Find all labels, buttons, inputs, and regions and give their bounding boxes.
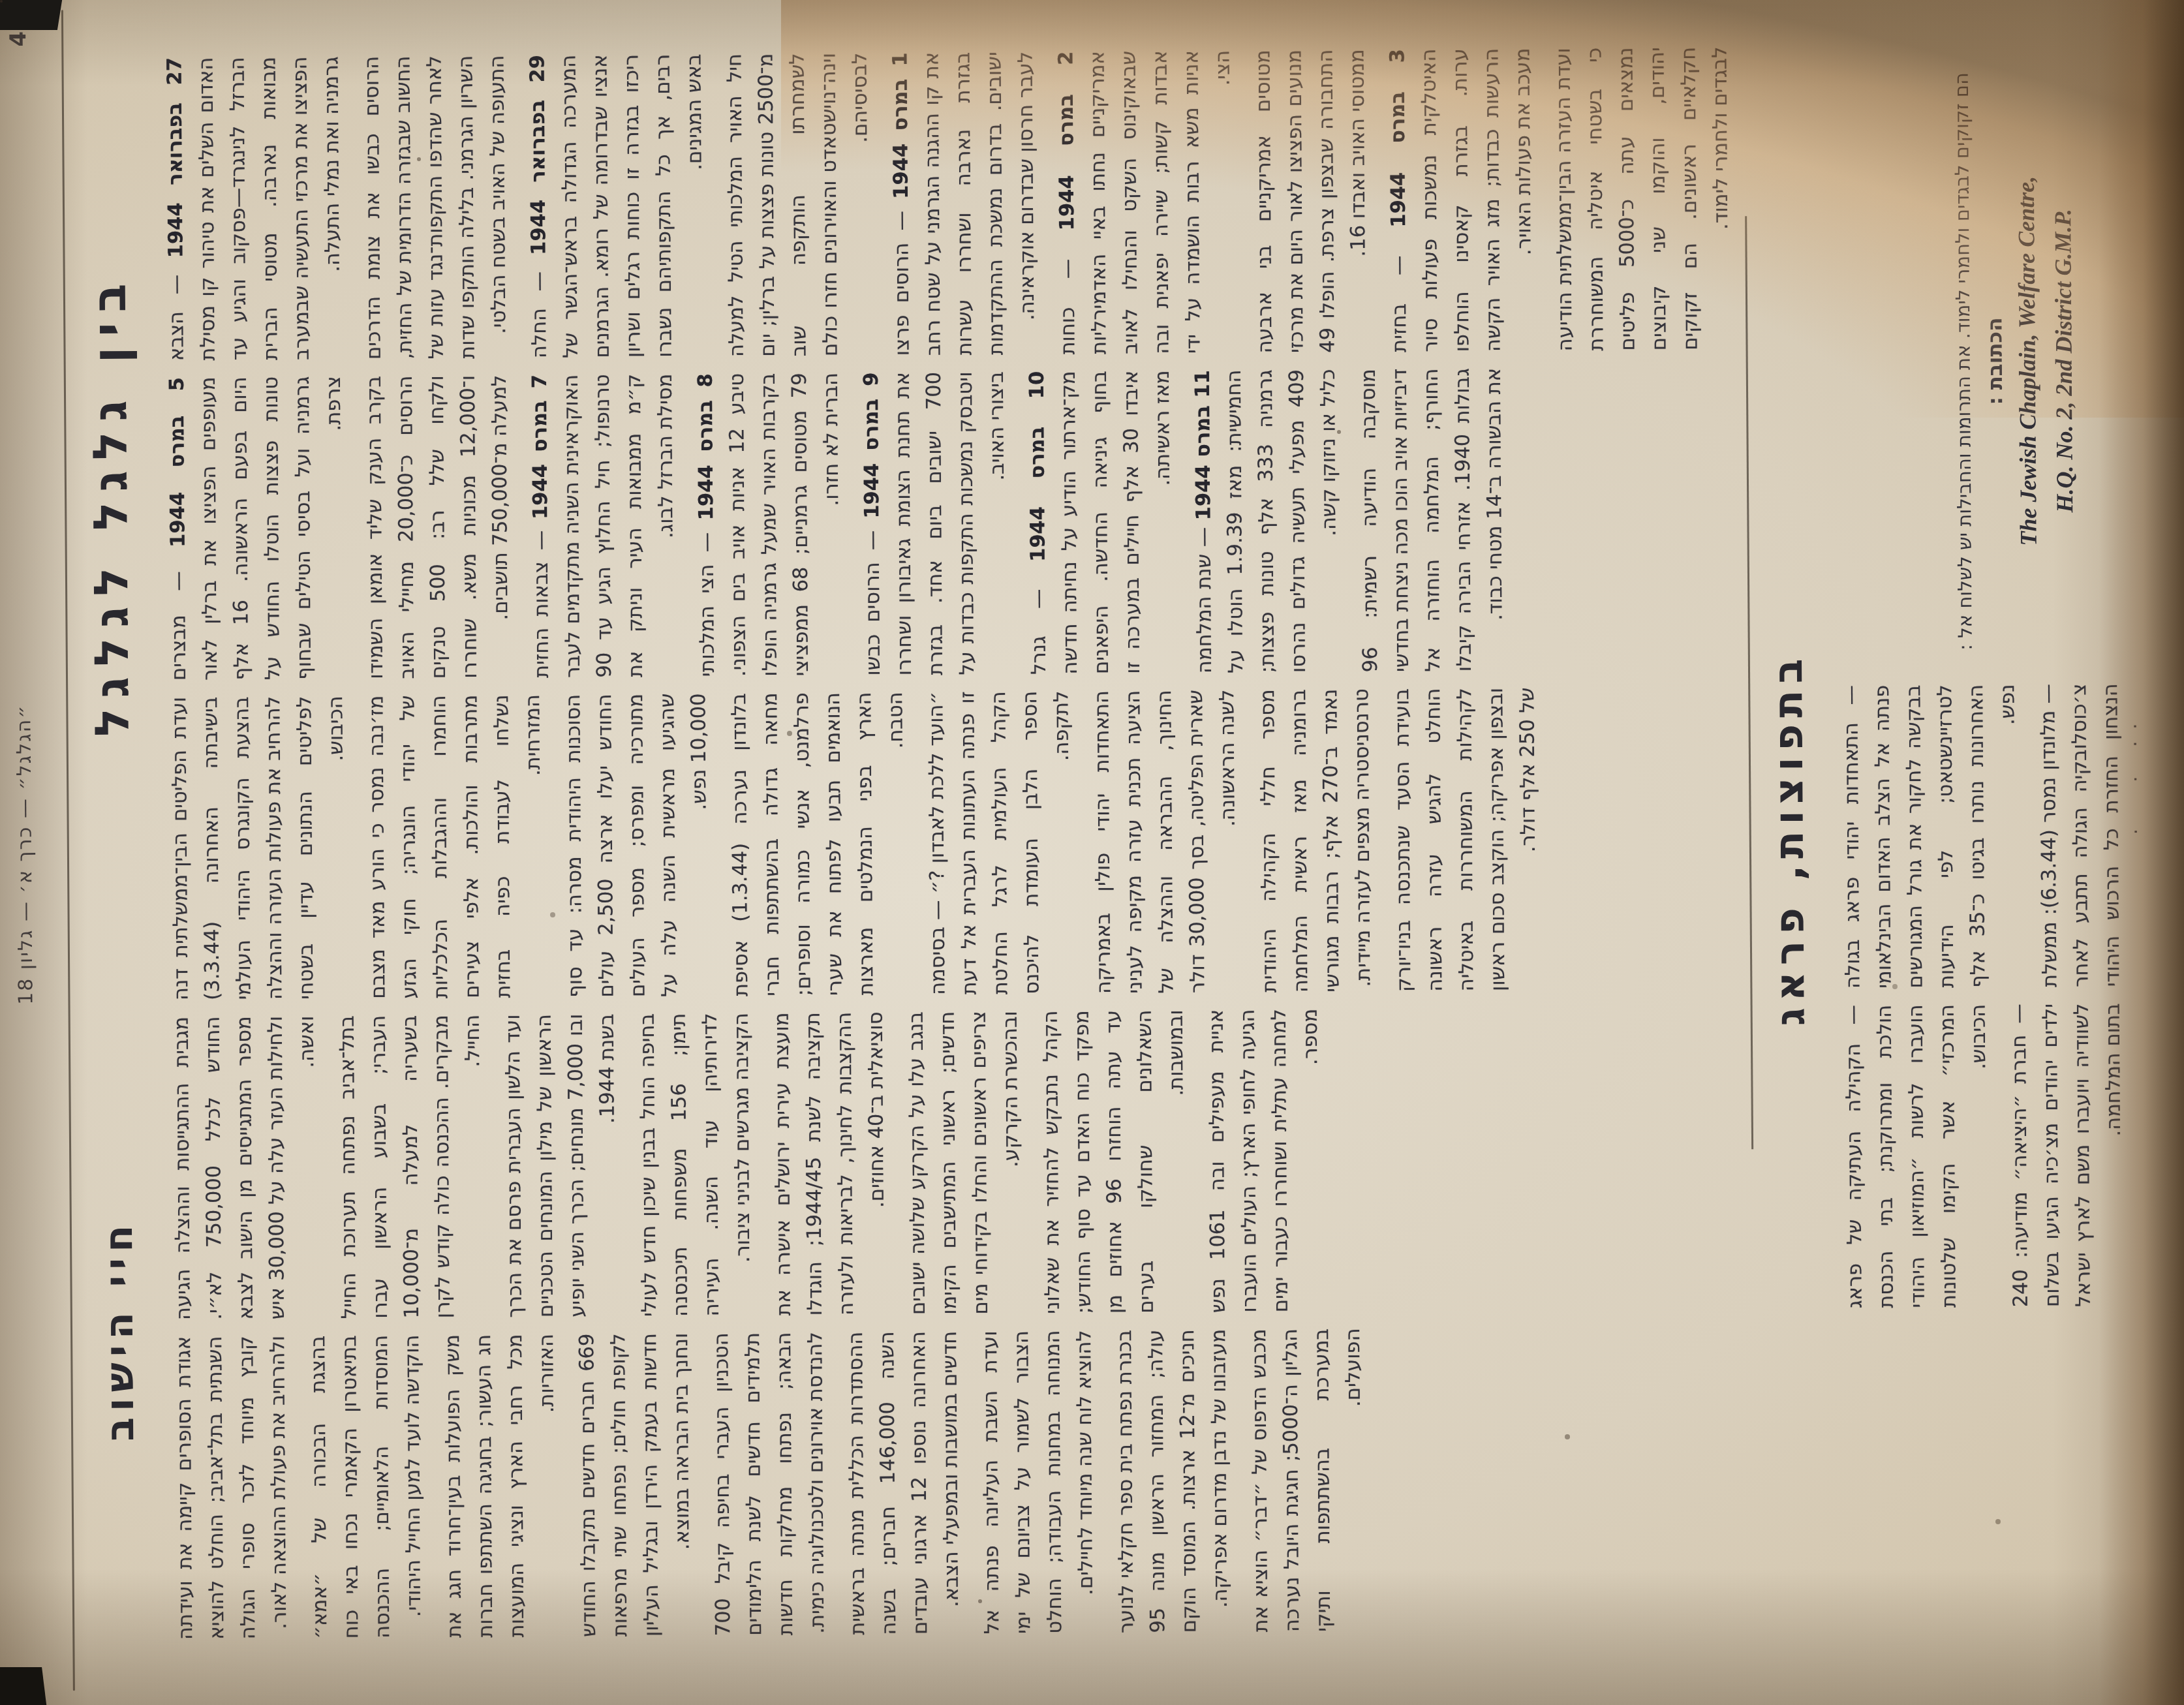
paragraph: מועצת עירית ירושלים אישרה את תקציבה לשנת… xyxy=(767,1011,894,1315)
paragraph: מוסקבה הודיעה רשמית: 96 דיביזיות אויב הו… xyxy=(1353,368,1512,673)
text-column-2: 5 במרס 1944 — מבצרים מעופפים הפציצו את ב… xyxy=(162,365,1936,681)
date-entry: 1 במרס 1944 xyxy=(889,52,913,199)
paragraph: — הקהילה העתיקה של פראג הולכת ומתרוקנת; … xyxy=(1838,1004,1997,1309)
date-entry: 7 במרס 1944 xyxy=(529,375,553,519)
paragraph: בכנרת נפתח בית ספר חקלאי לנוער עולה; המח… xyxy=(1109,1329,1237,1633)
date-entry: 9 במרס 1944 xyxy=(860,373,884,519)
paragraph: בהצגת הבכורה של ״אמא״ בתיאטרון הקאמרי נכ… xyxy=(303,1334,430,1638)
headline-diaspora: בתפוצות, פראג xyxy=(1762,516,1815,1162)
paragraph: 5 במרס 1944 — מבצרים מעופפים הפציצו את ב… xyxy=(162,376,352,681)
paragraph: ועדת השבת העליונה פנתה אל הצבור לשמור על… xyxy=(975,1330,1102,1634)
paragraph: מגבית ההתגייסות וההצלה הגיעה החודש לכלל … xyxy=(166,1016,325,1321)
paragraph: בתל־אביב נפתחה תערוכת החייל העברי; בשבוע… xyxy=(332,1015,491,1319)
paragraph: משק הפועלות בעין־חרוד חגג את חג העשור; ב… xyxy=(437,1334,564,1638)
address-label: הכתובת : xyxy=(1981,54,2009,668)
page-content-rotated: ״הגלגל״ — כרך א׳ — גליון 18 4 בין גלגל ל… xyxy=(0,0,2184,1703)
text-column-5: אגודת הסופרים קיימה את ועידתה השנתית בתל… xyxy=(168,1323,2128,1640)
paragraph: בנגב עלו על הקרקע שלושה ישובים חדשים; רא… xyxy=(901,1011,1028,1315)
paragraph: — התאחדות יהודי פראג בגולה פנתה אל הצלב … xyxy=(1836,684,2025,989)
date-entry: 3 במרס 1944 xyxy=(1386,49,1410,228)
paragraph: 10 במרס 1944 — גנרל מק־ארתור הודיע על נח… xyxy=(1022,370,1180,675)
paragraph: 11 במרס 1944 — שנת המלחמה החמישית: מאז 1… xyxy=(1188,369,1346,674)
paragraph: הטכניון העברי בחיפה קיבל 700 תלמידים חדש… xyxy=(706,1332,833,1636)
headline-yishuv: חיי הישוב xyxy=(95,1167,143,1493)
paragraph: מטוסים אמריקניים בני ארבעה מנועים הפציצו… xyxy=(1248,49,1375,353)
paragraph: הקהל נתבקש להחזיר את שאלוני מפקד כוח האד… xyxy=(1036,1009,1194,1314)
address-english-line1: The Jewish Chaplain, Welfare Centre, xyxy=(2008,54,2046,668)
paragraph: 3 במרס 1944 — בחזית האיטלקית נמשכות פעול… xyxy=(1382,48,1541,352)
address-lead: הם זקוקים לבגדים ולחמרי לימוד. את התרומו… xyxy=(1946,55,1980,668)
address-english-line2: H.Q. No. 2, 2nd District G.M.P. xyxy=(2045,54,2082,668)
date-entry: 10 במרס 1944 xyxy=(1026,371,1050,562)
date-entry: 8 במרס 1944 xyxy=(694,373,718,520)
paragraph: 1 במרס 1944 — הרוסים פרצו את קו ההגנה הג… xyxy=(885,52,1043,356)
date-entry: 11 במרס 1944 xyxy=(1192,370,1216,520)
paragraph: ״הועד ללכת לאבדון ?״ — בסיסמה זו פנתה הע… xyxy=(921,690,1079,995)
date-entry: 27 בפברואר 1944 xyxy=(163,57,187,258)
paragraph: מז׳נבה נמסר כי הורע מאד מצבם של יהודי הו… xyxy=(361,694,551,999)
paragraph: ועד הלשון העברית פרסם את הכרך הראשון של … xyxy=(498,1013,625,1317)
paragraph: 9 במרס 1944 — הרוסים כבשו את תחנת הצומת … xyxy=(856,371,1015,676)
paragraph: בקרב הענק שליד אומאן השמידו הרוסים כ־20,… xyxy=(359,375,517,679)
paragraph: בועידת הסעד שנתכנסה בניו־יורק הוחלט להגי… xyxy=(1387,687,1545,992)
paragraph: בלונדון נערכה (1.3.44) אסיפת מחאה גדולה … xyxy=(724,692,914,996)
text-column-1: 27 בפברואר 1944 — הצבא האדום השלים את טי… xyxy=(159,45,1933,361)
paragraph: הרוסים כבשו את צומת הדרכים החשוב שבגזרה … xyxy=(356,55,515,360)
paragraph: התאחדות יהודי פולין באמריקה הציעה תכנית … xyxy=(1086,690,1245,994)
paragraph: — מלונדון נמסר (6.3.44): ממשלת צ׳כוסלובק… xyxy=(2033,683,2138,987)
paragraph: אגודת הסופרים קיימה את ועידתה השנתית בתל… xyxy=(168,1336,296,1640)
header-rule xyxy=(61,10,75,1691)
paragraph: 27 בפברואר 1944 — הצבא האדום השלים את טי… xyxy=(159,56,349,361)
paragraph: בחיפה הוחל בבנין שיכון חדש לעולי תימן; 1… xyxy=(632,1013,760,1317)
paragraph: 29 בפברואר 1944 — החלה המערכה הגדולה ברא… xyxy=(522,54,712,358)
paragraph: 7 במרס 1944 — צבאות החזית האוקראינית השנ… xyxy=(525,374,683,679)
running-header-title: ״הגלגל״ — כרך א׳ — גליון 18 xyxy=(12,646,38,1064)
paragraph: ההסתדרות הכללית מנתה בראשית השנה 146,000… xyxy=(840,1331,968,1635)
headline-chronicle: בין גלגל לגלגל xyxy=(81,234,140,776)
paragraph: 669 חברים חדשים נתקבלו החודש לקופת חולים… xyxy=(572,1333,699,1637)
date-entry: 29 בפברואר 1944 xyxy=(526,55,550,255)
paragraph: מכבש הדפוס של ״דבר״ הוציא את הגליון ה־50… xyxy=(1244,1328,1371,1632)
page-number: 4 xyxy=(5,20,31,59)
paragraph: חיל האויר המלכותי הטיל למעלה מ־2500 טונו… xyxy=(719,53,878,358)
text-column-4: מגבית ההתגייסות וההצלה הגיעה החודש לכלל … xyxy=(166,1006,1721,1321)
section-rule xyxy=(1745,216,1753,1149)
date-entry: 2 במרס 1944 xyxy=(1054,51,1079,230)
paragraph: מספר חללי הקהילה היהודית ברומניה מאז ראש… xyxy=(1252,688,1379,992)
paragraph: 8 במרס 1944 — הצי המלכותי טיבע 12 אניות … xyxy=(690,373,849,677)
paragraph: ועדת הפליטים הבין־ממשלתית דנה בישיבתה הא… xyxy=(164,696,354,1000)
paragraph: 2 במרס 1944 — כוחות אמריקניים נחתו באיי … xyxy=(1051,50,1240,355)
diaspora-column-left: — הקהילה העתיקה של פראג הולכת ומתרוקנת; … xyxy=(1838,1003,2140,1308)
paragraph: הסוכנות היהודית מסרה: עד סוף החודש יעלו … xyxy=(558,693,716,998)
paragraph: אניית מעפילים ובה 1061 נפש הגיעה לחופי ה… xyxy=(1201,1009,1329,1313)
scanned-page-photo: ״הגלגל״ — כרך א׳ — גליון 18 4 בין גלגל ל… xyxy=(0,0,2184,1705)
address-block: הם זקוקים לבגדים ולחמרי לימוד. את התרומו… xyxy=(1946,54,2082,668)
text-column-3: ועדת הפליטים הבין־ממשלתית דנה בישיבתה הא… xyxy=(164,686,1719,1001)
date-entry: 5 במרס 1944 xyxy=(166,377,190,547)
diaspora-section: — התאחדות יהודי פראג בגולה פנתה אל הצלב … xyxy=(1836,683,2140,1308)
diaspora-column-right: — התאחדות יהודי פראג בגולה פנתה אל הצלב … xyxy=(1836,683,2138,989)
paragraph: — חברת ״היציאה״ מודיעה: 240 ילדים יהודים… xyxy=(2004,1003,2131,1307)
paragraph: ועדת העזרה הבין־ממשלתית הודיעה כי בשטחי … xyxy=(1548,46,1738,351)
